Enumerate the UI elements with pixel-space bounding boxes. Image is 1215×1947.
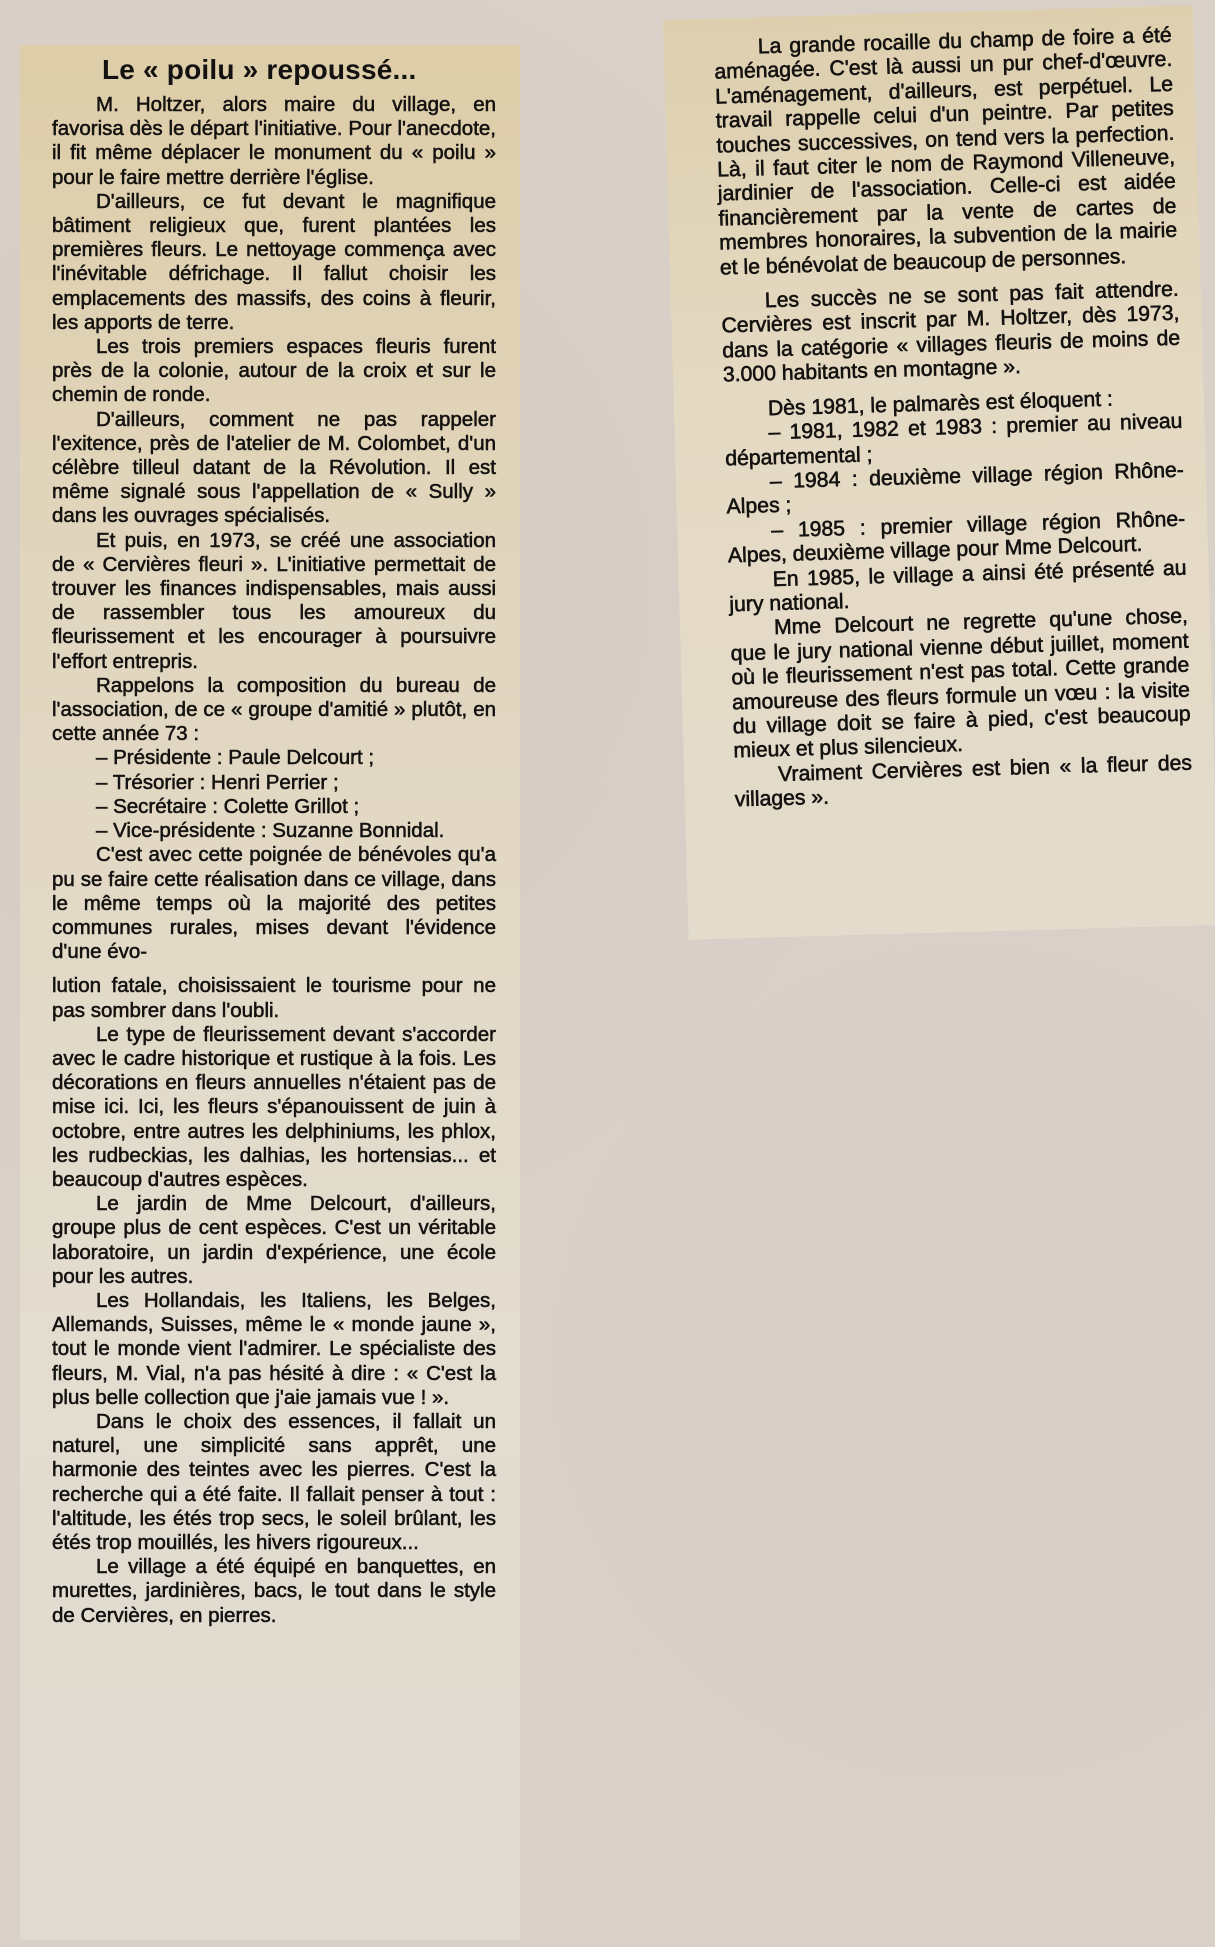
paragraph: Les succès ne se sont pas fait attendre.… bbox=[721, 278, 1182, 388]
article-headline: Le « poilu » repoussé... bbox=[102, 53, 496, 87]
paragraph: Dans le choix des essences, il fallait u… bbox=[52, 1410, 496, 1555]
bureau-list: – Présidente : Paule Delcourt ; – Trésor… bbox=[52, 746, 496, 843]
paragraph: M. Holtzer, alors maire du village, en f… bbox=[52, 93, 496, 190]
paragraph: C'est avec cette poignée de bénévoles qu… bbox=[52, 843, 496, 964]
paragraph: Le jardin de Mme Delcourt, d'ailleurs, g… bbox=[52, 1192, 496, 1289]
paragraph: Rappelons la composition du bureau de l'… bbox=[52, 674, 496, 747]
paragraph: La grande rocaille du champ de foire a é… bbox=[713, 24, 1178, 281]
list-item: – Vice-présidente : Suzanne Bonnidal. bbox=[52, 819, 496, 843]
paragraph: Et puis, en 1973, se créé une associatio… bbox=[52, 529, 496, 674]
palmares-list: – 1981, 1982 et 1983 : premier au niveau… bbox=[724, 410, 1186, 569]
list-item: – Secrétaire : Colette Grillot ; bbox=[52, 795, 496, 819]
list-item: – Trésorier : Henri Perrier ; bbox=[52, 771, 496, 795]
paragraph: D'ailleurs, comment ne pas rappeler l'ex… bbox=[52, 408, 496, 529]
paragraph: Le type de fleurissement devant s'accord… bbox=[52, 1023, 496, 1192]
list-item: – Présidente : Paule Delcourt ; bbox=[52, 746, 496, 770]
paragraph: D'ailleurs, ce fut devant le magnifique … bbox=[52, 190, 496, 335]
paragraph: lution fatale, choisissaient le tourisme… bbox=[52, 974, 496, 1022]
paragraph: Le village a été équipé en banquettes, e… bbox=[52, 1555, 496, 1628]
paragraph: Mme Delcourt ne regrette qu'une chose, q… bbox=[730, 605, 1192, 764]
paragraph: Les Hollandais, les Italiens, les Belges… bbox=[52, 1289, 496, 1410]
column-gap bbox=[52, 964, 496, 974]
newspaper-clipping-right: La grande rocaille du champ de foire a é… bbox=[663, 5, 1215, 939]
paragraph: Les trois premiers espaces fleuris furen… bbox=[52, 335, 496, 408]
newspaper-clipping-left: Le « poilu » repoussé... M. Holtzer, alo… bbox=[20, 45, 520, 1940]
